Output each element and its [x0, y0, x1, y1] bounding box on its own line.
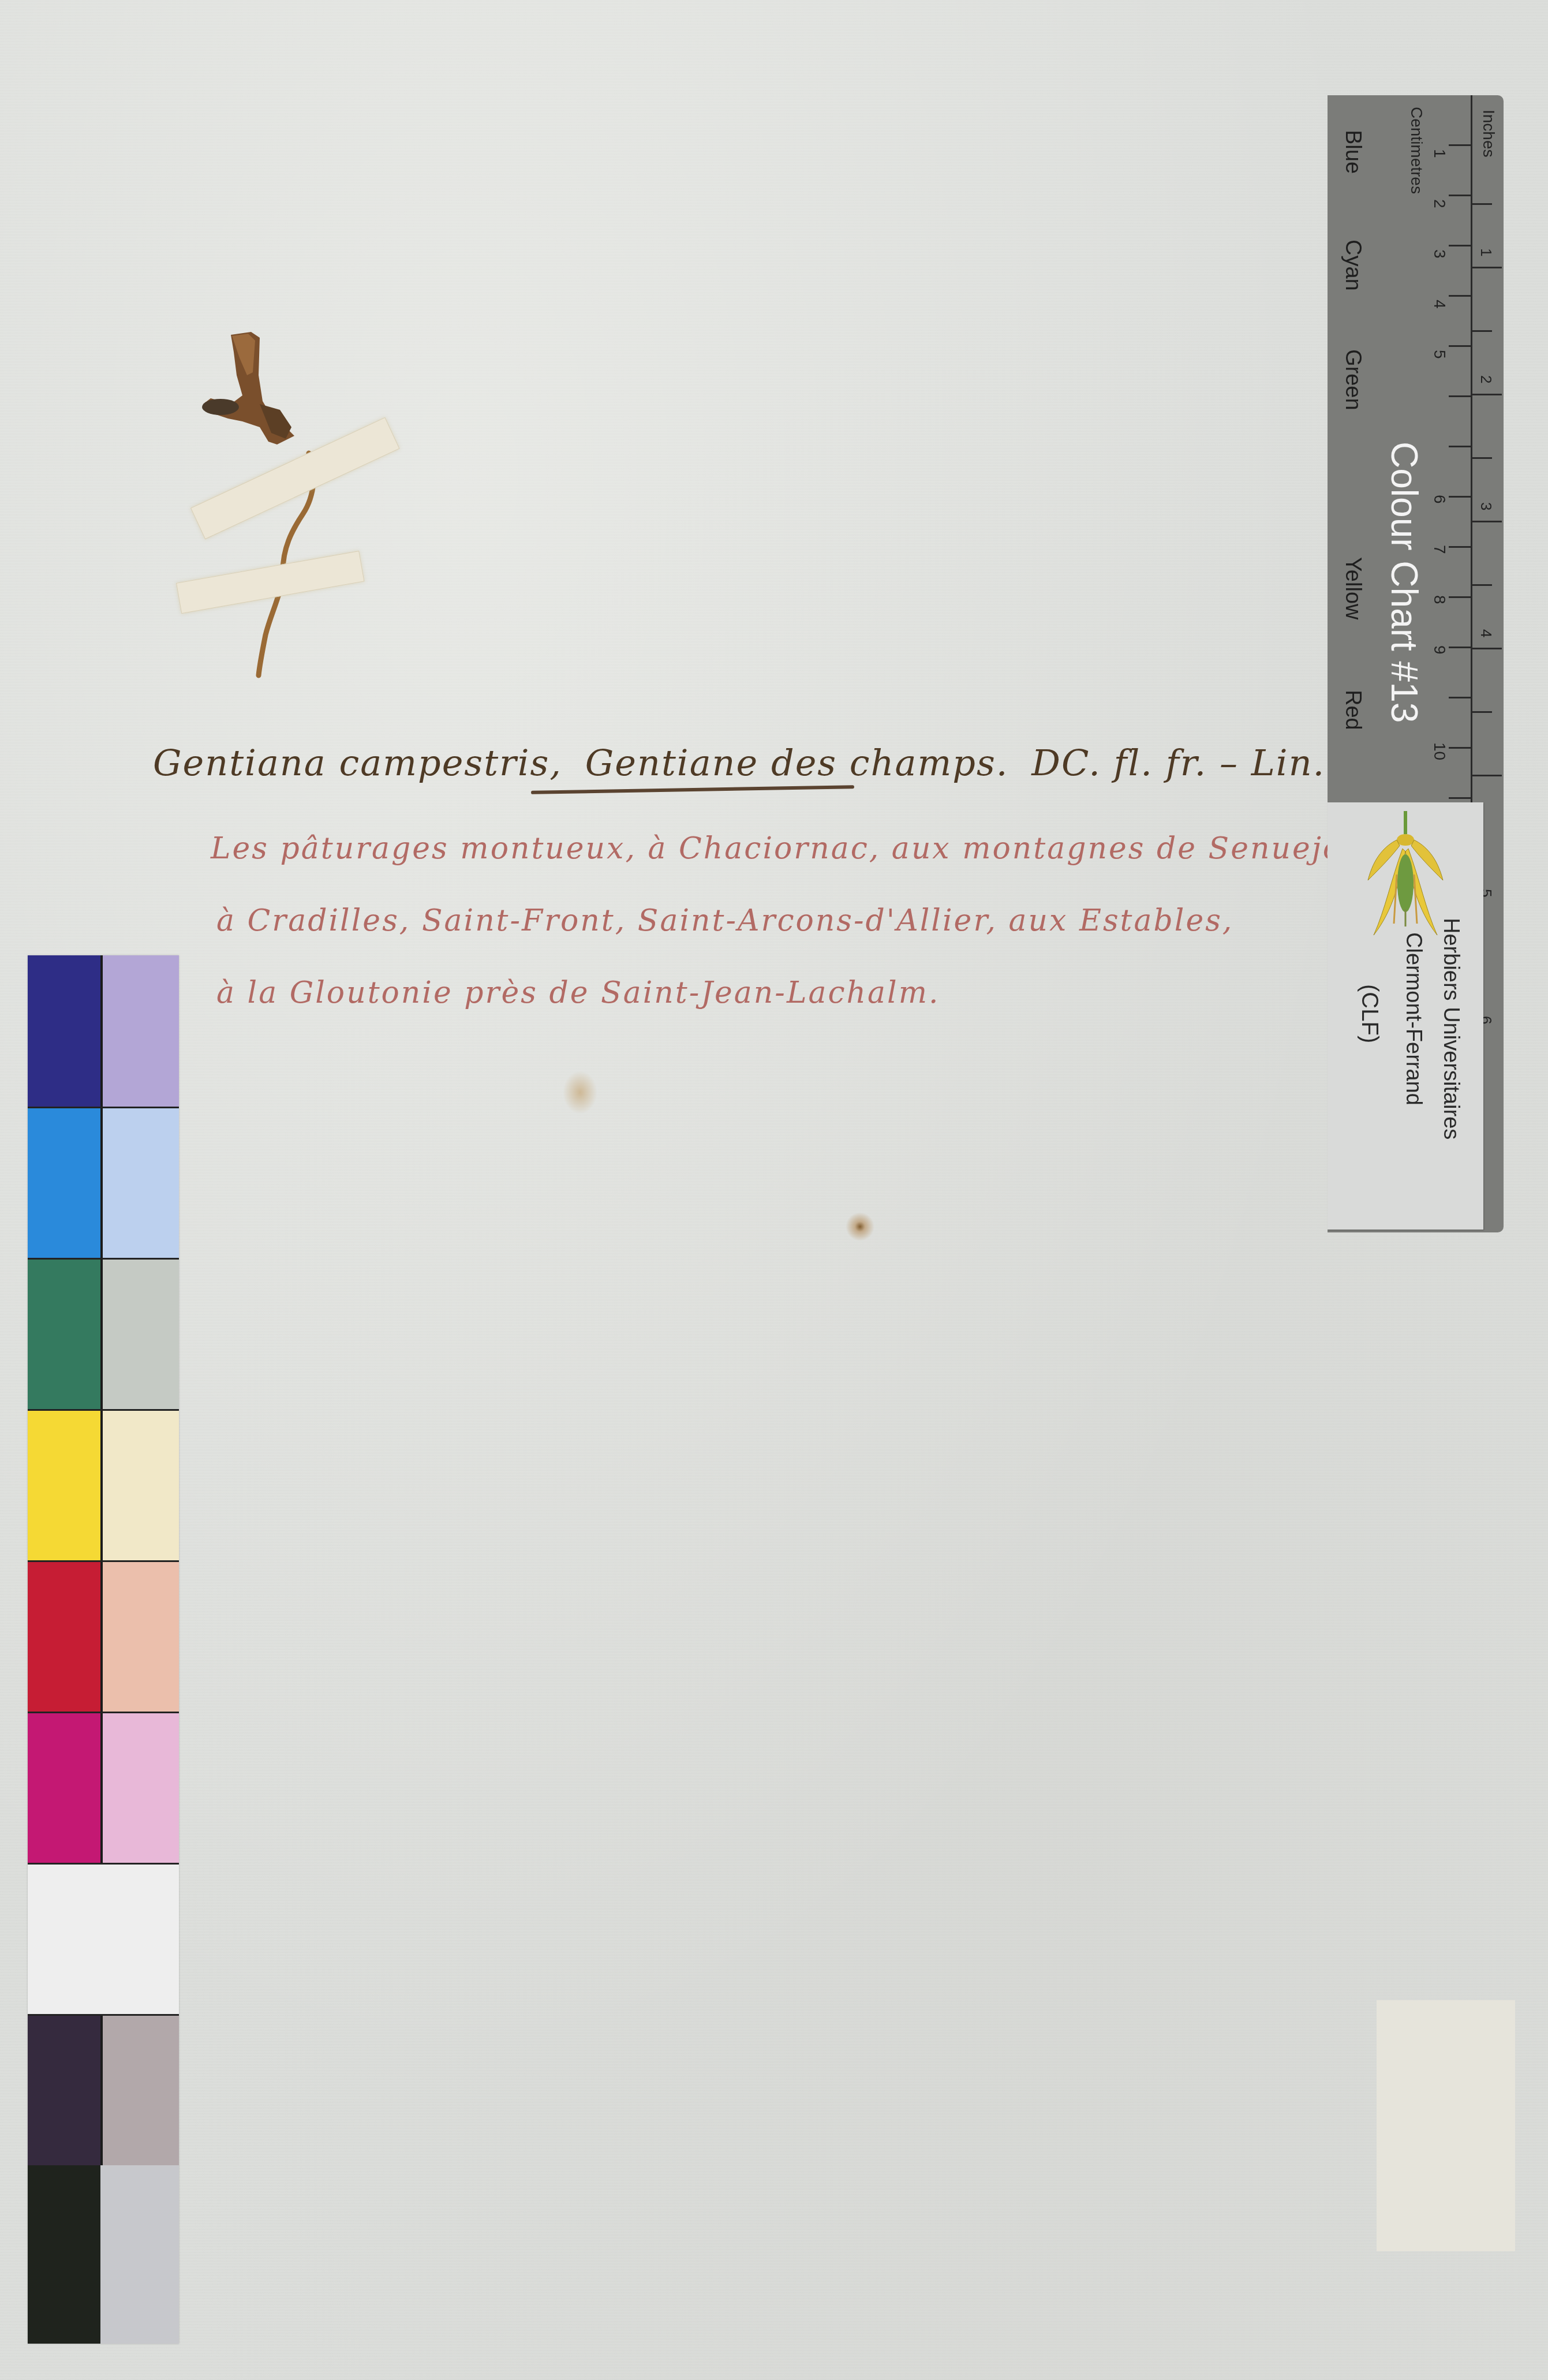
swatch-lavender: [103, 955, 179, 1107]
swatch-row-yellow: [28, 1409, 179, 1562]
cm-tick: [1449, 195, 1472, 196]
swatch-row-grey: [28, 2014, 179, 2167]
inch-label-3: 3: [1477, 502, 1495, 510]
faded-label-shadow: [1377, 2000, 1515, 2251]
colour-name-yellow: Yellow: [1340, 557, 1365, 619]
inch-label-1: 1: [1477, 248, 1495, 256]
inch-subtick: [1472, 330, 1492, 332]
colour-name-blue: Blue: [1340, 130, 1365, 174]
swatch-pink: [103, 1713, 179, 1865]
inch-subtick: [1472, 457, 1492, 459]
inch-tick: [1472, 648, 1502, 649]
inch-label-4: 4: [1477, 629, 1495, 637]
swatch-row-white: [28, 1863, 179, 2016]
inch-subtick: [1472, 711, 1492, 713]
cm-tick: [1449, 446, 1472, 447]
cm-tick: [1449, 546, 1472, 548]
cm-tick: [1449, 345, 1472, 347]
swatch-cyan: [28, 1108, 103, 1260]
swatch-dark-blue: [28, 955, 103, 1107]
swatch-light-grey-green: [103, 1260, 179, 1411]
swatch-green: [28, 1260, 103, 1411]
colour-name-red: Red: [1340, 690, 1365, 730]
cm-tick: [1449, 697, 1472, 698]
cm-tick: [1449, 596, 1472, 598]
colour-chart-title: Colour Chart #13: [1383, 442, 1426, 723]
cm-label-8: 8: [1430, 595, 1449, 604]
cm-label-4: 4: [1430, 300, 1449, 309]
swatch-black: [28, 2165, 100, 2344]
institution-city: Clermont-Ferrand: [1401, 932, 1426, 1105]
swatch-taupe: [103, 2016, 179, 2167]
cm-label-10: 10: [1430, 742, 1449, 760]
swatch-dark-purple: [28, 2016, 103, 2167]
locality-line-3: à la Gloutonie près de Saint-Jean-Lachal…: [216, 976, 940, 1010]
cm-label-6: 6: [1430, 495, 1449, 504]
french-name: Gentiane des champs.: [585, 742, 1009, 784]
cm-label-1: 1: [1430, 149, 1449, 158]
name-underline: [531, 785, 854, 794]
swatch-cream: [103, 1411, 179, 1562]
swatch-row-blue: [28, 955, 179, 1107]
inch-tick: [1472, 775, 1502, 776]
institution-name: Herbiers Universitaires: [1438, 918, 1463, 1139]
cm-label-3: 3: [1430, 249, 1449, 259]
swatch-row-red: [28, 1560, 179, 1713]
swatch-row-black: [28, 2165, 179, 2344]
swatch-row-green: [28, 1258, 179, 1411]
colour-swatch-strip: [28, 955, 179, 2344]
foxing-spot: [846, 1212, 874, 1241]
cm-tick: [1449, 395, 1472, 397]
cm-label-7: 7: [1430, 545, 1449, 554]
swatch-magenta: [28, 1713, 103, 1865]
swatch-light-grey: [100, 2165, 179, 2344]
swatch-salmon: [103, 1562, 179, 1713]
determination-label: Gentiana campestris, Gentiane des champs…: [153, 742, 1325, 784]
cm-tick: [1449, 144, 1472, 146]
inch-label-2: 2: [1477, 375, 1495, 383]
locality-line-1: Les pâturages montueux, à Chaciornac, au…: [211, 831, 1382, 866]
inch-tick: [1472, 394, 1502, 395]
inch-tick: [1472, 521, 1502, 522]
foxing-stain: [563, 1071, 597, 1114]
cm-label-2: 2: [1430, 199, 1449, 208]
locality-line-2: à Cradilles, Saint-Front, Saint-Arcons-d…: [216, 903, 1233, 938]
cm-tick: [1449, 747, 1472, 749]
swatch-row-magenta: [28, 1712, 179, 1865]
latin-name: Gentiana campestris,: [153, 742, 562, 784]
institution-code: (CLF): [1356, 984, 1382, 1043]
cm-tick: [1449, 245, 1472, 246]
colour-name-green: Green: [1340, 349, 1365, 410]
inches-label: Inches: [1479, 110, 1498, 158]
cm-tick: [1449, 496, 1472, 498]
inch-tick: [1472, 267, 1502, 268]
cm-tick: [1449, 647, 1472, 648]
swatch-yellow: [28, 1411, 103, 1562]
authority: DC. fl. fr. – Lin.: [1031, 742, 1325, 784]
colour-name-cyan: Cyan: [1340, 240, 1365, 291]
swatch-red: [28, 1562, 103, 1713]
inch-subtick: [1472, 203, 1492, 205]
cm-label-5: 5: [1430, 350, 1449, 359]
cm-tick: [1449, 295, 1472, 297]
swatch-row-cyan: [28, 1107, 179, 1260]
swatch-light-blue: [103, 1108, 179, 1260]
centimetres-label: Centimetres: [1407, 107, 1426, 194]
inch-subtick: [1472, 584, 1492, 586]
cm-tick: [1449, 797, 1472, 799]
cm-label-9: 9: [1430, 645, 1449, 655]
